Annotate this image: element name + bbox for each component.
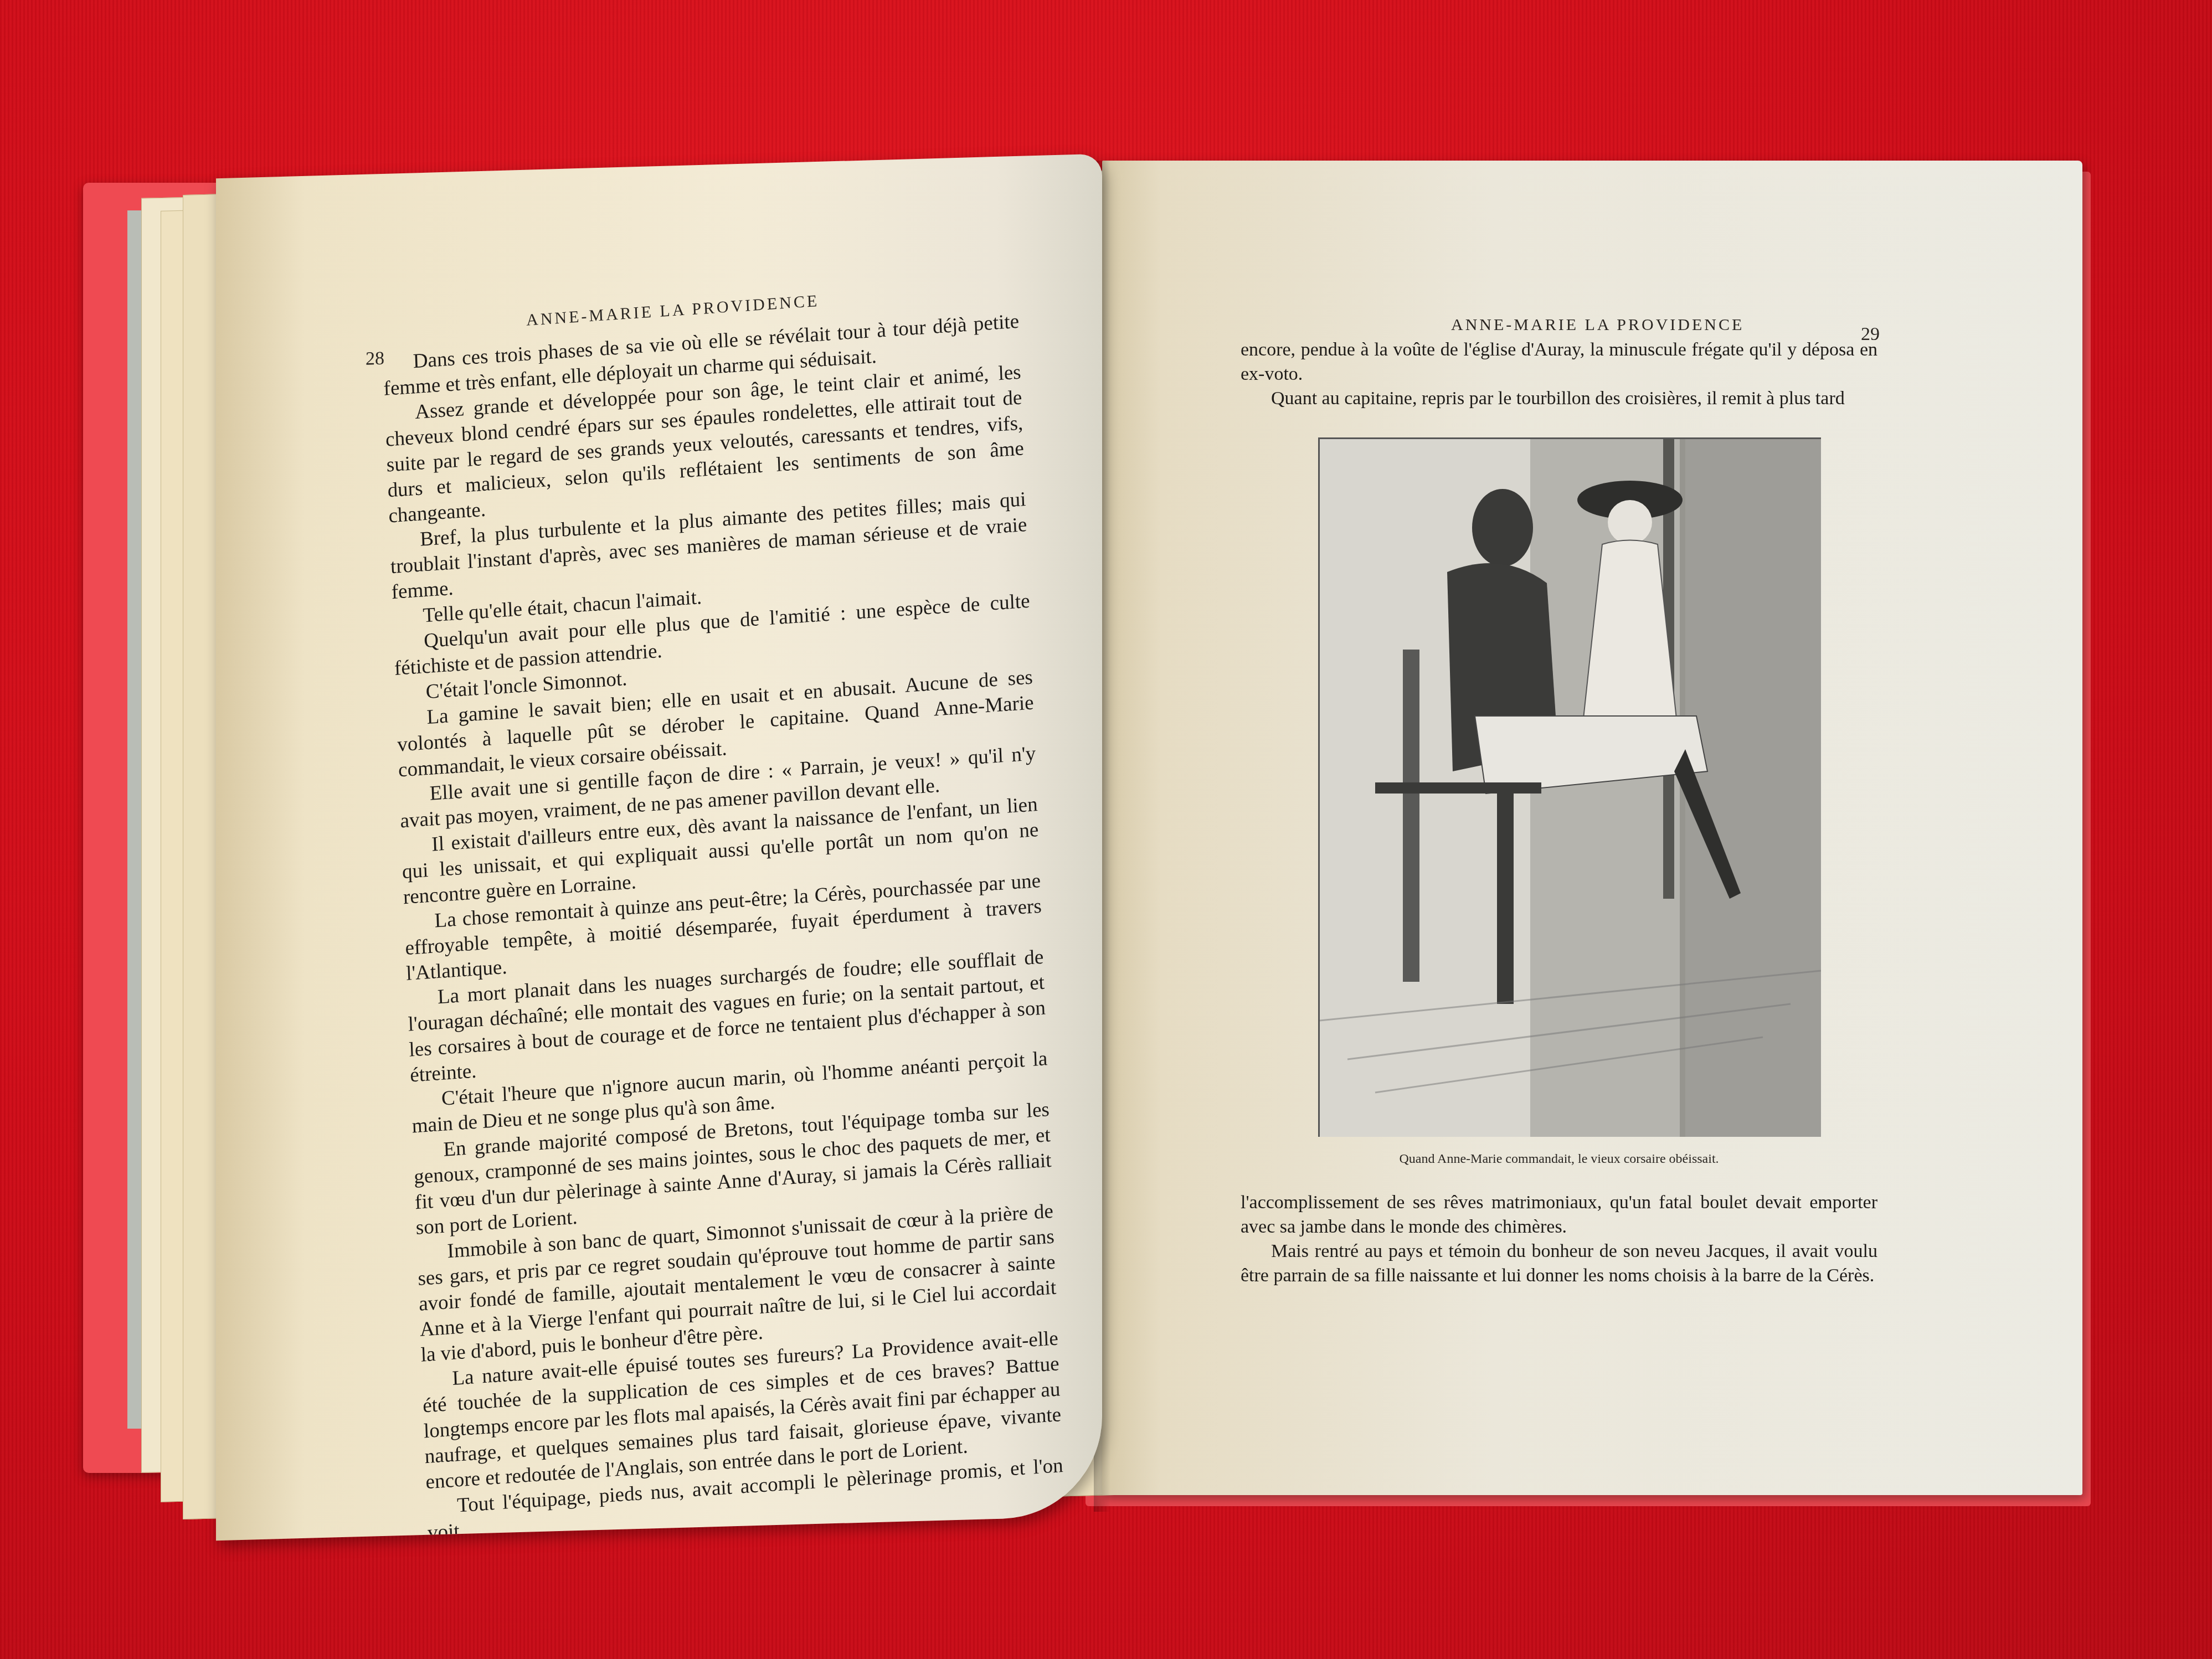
engraving-image [1320, 439, 1821, 1137]
running-head: ANNE-MARIE LA PROVIDENCE [526, 292, 820, 330]
paragraph: Mais rentré au pays et témoin du bonheur… [1241, 1239, 1877, 1288]
paragraph: encore, pendue à la voûte de l'église d'… [1241, 338, 1877, 387]
illustration [1318, 437, 1821, 1137]
page-28[interactable]: ANNE-MARIE LA PROVIDENCE 28 Dans ces tro… [216, 154, 1102, 1541]
page-29[interactable]: ANNE-MARIE LA PROVIDENCE 29 encore, pend… [1102, 161, 2082, 1495]
illustration-caption: Quand Anne-Marie commandait, le vieux co… [1241, 1152, 1877, 1167]
paragraph: l'accomplissement de ses rêves matrimoni… [1241, 1191, 1877, 1239]
paragraph: Quant au capitaine, repris par le tourbi… [1241, 387, 1877, 411]
text-block-bottom: l'accomplissement de ses rêves matrimoni… [1241, 1191, 1877, 1288]
running-head: ANNE-MARIE LA PROVIDENCE [1451, 316, 1744, 334]
page-number: 28 [366, 348, 384, 370]
text-block-top: encore, pendue à la voûte de l'église d'… [1241, 338, 1877, 411]
text-block: Dans ces trois phases de sa vie où elle … [382, 309, 1064, 1541]
